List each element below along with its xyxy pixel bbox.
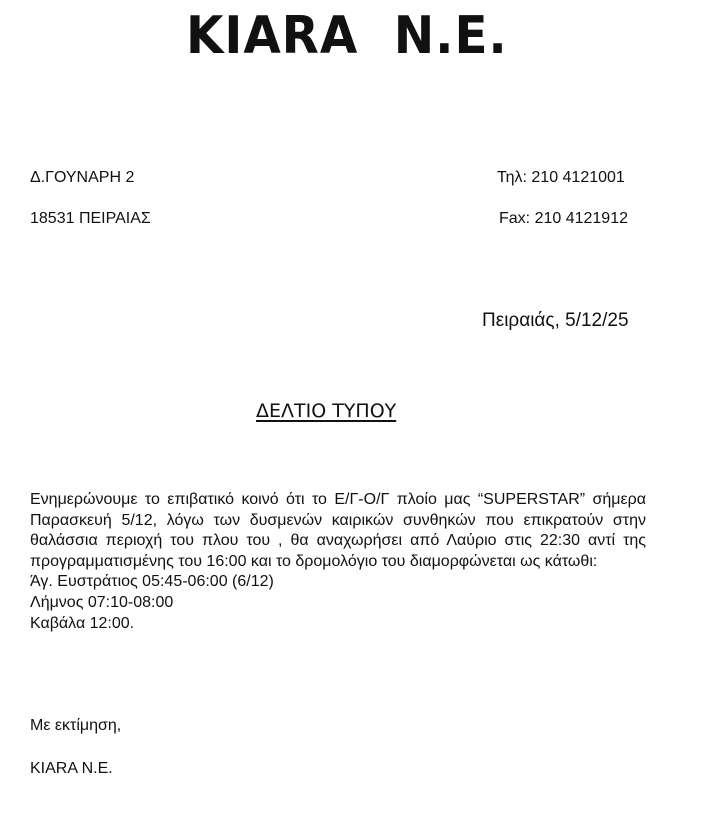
contact-phone: Τηλ: 210 4121001: [497, 168, 625, 188]
announcement-paragraph: Ενημερώνουμε το επιβατικό κοινό ότι το Ε…: [30, 490, 646, 572]
schedule-item: Λήμνος 07:10-08:00: [30, 593, 646, 614]
company-logo: KIARA N.E.: [186, 6, 474, 66]
address-city: 18531 ΠΕΙΡΑΙΑΣ: [30, 209, 151, 229]
schedule-item: Άγ. Ευστράτιος 05:45-06:00 (6/12): [30, 572, 646, 593]
address-street: Δ.ΓΟΥΝΑΡΗ 2: [30, 168, 134, 188]
schedule-list: Άγ. Ευστράτιος 05:45-06:00 (6/12) Λήμνος…: [30, 572, 646, 634]
signature: KIARA N.E.: [30, 759, 113, 779]
document-title: ΔΕΛΤΙΟ ΤΥΠΟΥ: [256, 398, 396, 424]
press-release-body: Ενημερώνουμε το επιβατικό κοινό ότι το Ε…: [30, 490, 646, 634]
contact-fax: Fax: 210 4121912: [499, 209, 628, 229]
date-line: Πειραιάς, 5/12/25: [482, 309, 629, 333]
schedule-item: Καβάλα 12:00.: [30, 614, 646, 635]
closing-greeting: Με εκτίμηση,: [30, 716, 121, 736]
